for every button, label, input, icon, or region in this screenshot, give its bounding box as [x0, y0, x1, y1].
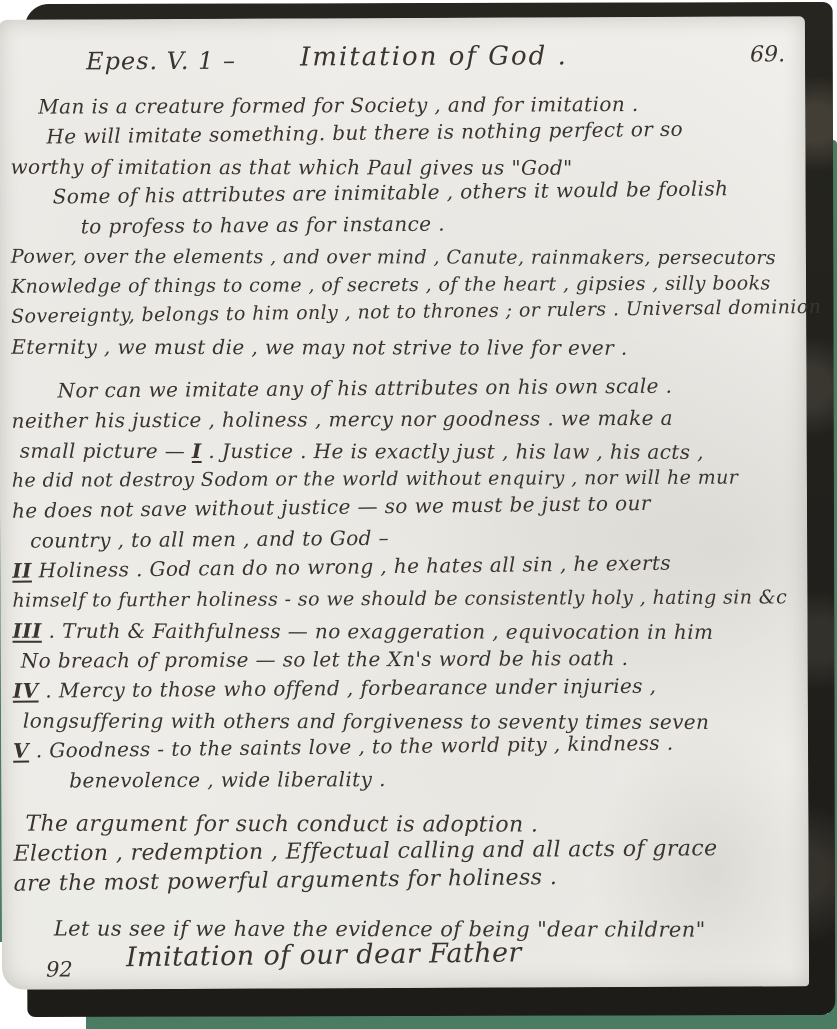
manuscript-line: to profess to have as for instance . [81, 206, 800, 242]
text-segment: He will imitate something. but there is … [46, 117, 683, 149]
text-segment: . Goodness - to the saints love , to the… [29, 731, 674, 763]
text-segment: himself to further holiness - so we shou… [12, 586, 787, 611]
roman-numeral: II [12, 558, 32, 582]
manuscript-line: benevolence , wide liberality . [69, 762, 802, 795]
text-segment: benevolence , wide liberality . [69, 767, 386, 792]
text-segment: No breach of promise — so let the Xn's w… [21, 646, 629, 673]
manuscript-lines: Man is a creature formed for Society , a… [10, 88, 803, 973]
text-segment: small picture — [20, 439, 192, 463]
manuscript-line: small picture — I . Justice . He is exac… [20, 436, 801, 467]
roman-numeral: I [192, 439, 202, 463]
text-segment: Eternity , we must die , we may not stri… [11, 335, 627, 360]
footer-page-number: 92 [46, 957, 73, 981]
text-segment: Imitation of our dear Father [126, 937, 522, 973]
text-segment: The argument for such conduct is adoptio… [25, 812, 538, 838]
manuscript-line: Eternity , we must die , we may not stri… [11, 332, 800, 363]
manuscript-line: III . Truth & Faithfulness — no exaggera… [13, 616, 802, 647]
roman-numeral: III [13, 619, 42, 643]
manuscript-line: Imitation of our dear Father [126, 935, 803, 973]
roman-numeral: IV [13, 679, 39, 703]
scripture-reference: Epes. V. 1 – [86, 47, 236, 76]
text-segment: Nor can we imitate any of his attributes… [57, 374, 672, 403]
text-segment: he does not save without justice — so we… [12, 491, 651, 523]
roman-numeral: V [13, 739, 29, 763]
manuscript-line: himself to further holiness - so we shou… [12, 582, 801, 615]
manuscript-line: Nor can we imitate any of his attributes… [57, 370, 800, 406]
text-segment: Sovereignty, belongs to him only , not t… [11, 296, 821, 328]
manuscript-page: Epes. V. 1 – Imitation of God . 69. Man … [0, 16, 809, 990]
text-segment: Holiness . God can do no wrong , he hate… [32, 551, 671, 583]
text-segment: Some of his attributes are inimitable , … [53, 176, 729, 208]
text-segment: to profess to have as for instance . [81, 212, 445, 239]
text-segment: are the most powerful arguments for holi… [14, 865, 558, 897]
text-segment: . Mercy to those who offend , forbearanc… [38, 674, 656, 703]
page-title: Imitation of God . [300, 41, 568, 72]
text-segment: Power, over the elements , and over mind… [11, 246, 776, 269]
text-segment: . Justice . He is exactly just , his law… [202, 439, 704, 464]
text-segment: neither his justice , holiness , mercy n… [12, 406, 673, 433]
manuscript-line: IV . Mercy to those who offend , forbear… [13, 670, 802, 706]
manuscript-line: Power, over the elements , and over mind… [11, 242, 800, 273]
text-segment: . Truth & Faithfulness — no exaggeration… [42, 619, 714, 644]
text-segment: country , to all men , and to God – [30, 526, 389, 553]
page-number-top: 69. [750, 42, 785, 67]
manuscript-line: neither his justice , holiness , mercy n… [12, 402, 801, 435]
